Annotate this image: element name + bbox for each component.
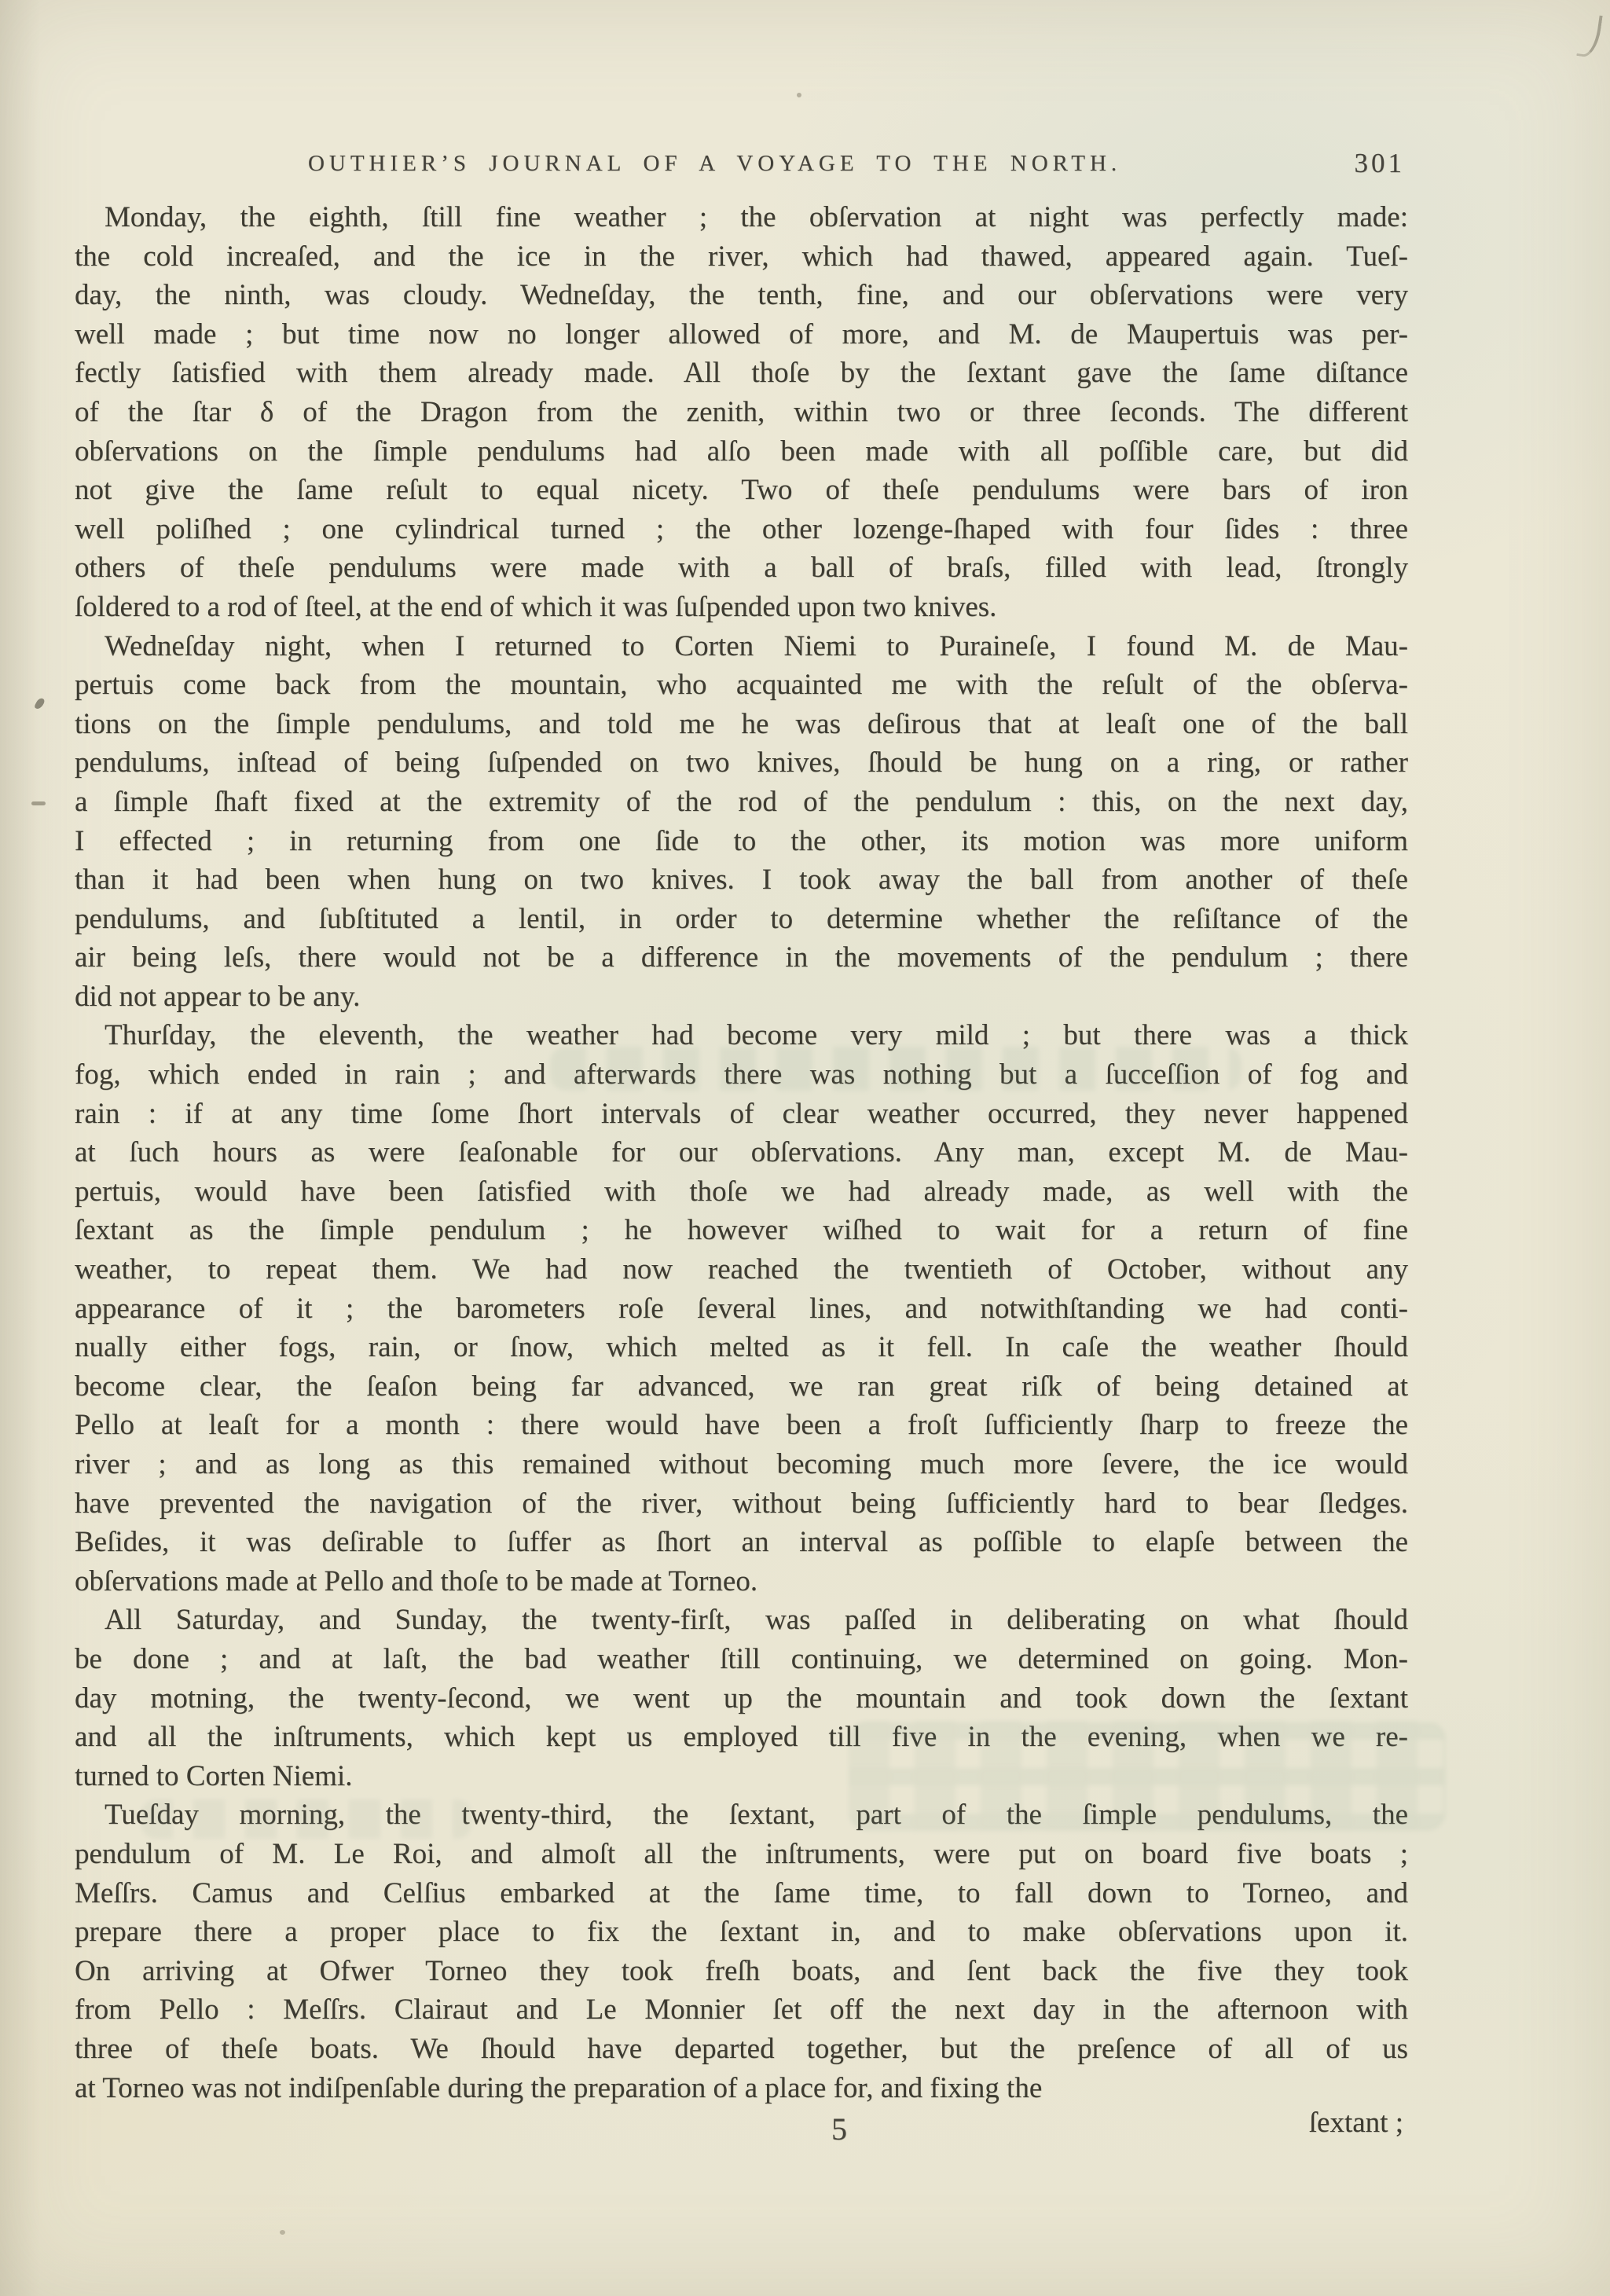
signature-mark: 5: [831, 2111, 847, 2147]
text-line: All Saturday, and Sunday, the twenty-fir…: [75, 1601, 1408, 1640]
text-line: from Pello : Meſſrs. Clairaut and Le Mon…: [75, 1990, 1408, 2030]
text-line: well made ; but time now no longer allow…: [75, 315, 1408, 354]
text-line: of the ſtar δ of the Dragon from the zen…: [75, 393, 1408, 432]
text-line: did not appear to be any.: [75, 977, 1408, 1017]
text-line: fectly ſatisfied with them already made.…: [75, 354, 1408, 393]
body-text: Monday, the eighth, ſtill fine weather ;…: [75, 198, 1408, 2107]
text-line: Meſſrs. Camus and Celſius embarked at th…: [75, 1874, 1408, 1913]
text-line: pendulum of M. Le Roi, and almoſt all th…: [75, 1835, 1408, 1874]
text-line: obſervations made at Pello and thoſe to …: [75, 1562, 1408, 1601]
text-line: become clear, the ſeaſon being far advan…: [75, 1367, 1408, 1407]
catchword: ſextant ;: [1309, 2106, 1403, 2140]
text-line: day motning, the twenty-ſecond, we went …: [75, 1679, 1408, 1718]
book-page: OUTHIER’S JOURNAL OF A VOYAGE TO THE NOR…: [0, 0, 1610, 2296]
text-line: On arriving at Ofwer Torneo they took fr…: [75, 1952, 1408, 1991]
text-line: Pello at leaſt for a month : there would…: [75, 1406, 1408, 1445]
text-line: others of theſe pendulums were made with…: [75, 548, 1408, 588]
text-line: Tueſday morning, the twenty-third, the ſ…: [75, 1795, 1408, 1835]
text-line: and all the inſtruments, which kept us e…: [75, 1718, 1408, 1757]
text-line: pertuis come back from the mountain, who…: [75, 666, 1408, 705]
text-line: day, the ninth, was cloudy. Wedneſday, t…: [75, 276, 1408, 315]
text-line: at Torneo was not indiſpenſable during t…: [75, 2069, 1408, 2108]
ink-speck: [34, 697, 46, 710]
text-line: fog, which ended in rain ; and afterward…: [75, 1055, 1408, 1095]
corner-pen-mark: [1576, 13, 1602, 58]
text-line: turned to Corten Niemi.: [75, 1757, 1408, 1796]
text-line: Thurſday, the eleventh, the weather had …: [75, 1016, 1408, 1055]
text-line: be done ; and at laſt, the bad weather ſ…: [75, 1640, 1408, 1679]
running-title: OUTHIER’S JOURNAL OF A VOYAGE TO THE NOR…: [308, 151, 1121, 177]
text-line: rain : if at any time ſome ſhort interva…: [75, 1095, 1408, 1134]
text-line: have prevented the navigation of the riv…: [75, 1484, 1408, 1524]
text-line: Wedneſday night, when I returned to Cort…: [75, 627, 1408, 666]
paragraph: Thurſday, the eleventh, the weather had …: [75, 1016, 1408, 1601]
text-line: river ; and as long as this remained wit…: [75, 1445, 1408, 1484]
page-header: OUTHIER’S JOURNAL OF A VOYAGE TO THE NOR…: [75, 151, 1408, 187]
page-footer: 5 ſextant ;: [75, 2104, 1408, 2159]
text-line: tions on the ſimple pendulums, and told …: [75, 705, 1408, 744]
text-line: ſextant as the ſimple pendulum ; he howe…: [75, 1211, 1408, 1250]
text-line: a ſimple ſhaft fixed at the extremity of…: [75, 783, 1408, 822]
text-line: prepare there a proper place to fix the …: [75, 1913, 1408, 1952]
text-line: than it had been when hung on two knives…: [75, 860, 1408, 900]
text-line: nually either fogs, rain, or ſnow, which…: [75, 1328, 1408, 1367]
text-line: obſervations on the ſimple pendulums had…: [75, 432, 1408, 471]
paragraph: Tueſday morning, the twenty-third, the ſ…: [75, 1795, 1408, 2107]
paragraph: Monday, the eighth, ſtill fine weather ;…: [75, 198, 1408, 627]
text-line: appearance of it ; the barometers roſe ſ…: [75, 1289, 1408, 1329]
text-line: at ſuch hours as were ſeaſonable for our…: [75, 1133, 1408, 1172]
text-line: pertuis, would have been ſatisfied with …: [75, 1172, 1408, 1212]
text-line: I effected ; in returning from one ſide …: [75, 822, 1408, 861]
text-line: well poliſhed ; one cylindrical turned ;…: [75, 510, 1408, 549]
paragraph: All Saturday, and Sunday, the twenty-fir…: [75, 1601, 1408, 1795]
text-line: air being leſs, there would not be a dif…: [75, 938, 1408, 977]
text-line: not give the ſame reſult to equal nicety…: [75, 471, 1408, 510]
text-line: weather, to repeat them. We had now reac…: [75, 1250, 1408, 1289]
paragraph: Wedneſday night, when I returned to Cort…: [75, 627, 1408, 1017]
text-line: pendulums, and ſubſtituted a lentil, in …: [75, 900, 1408, 939]
text-line: pendulums, inſtead of being ſuſpended on…: [75, 743, 1408, 783]
ink-speck: [280, 2230, 285, 2235]
text-line: Monday, the eighth, ſtill fine weather ;…: [75, 198, 1408, 237]
ink-speck: [31, 801, 46, 805]
text-line: three of theſe boats. We ſhould have dep…: [75, 2030, 1408, 2069]
text-line: Beſides, it was deſirable to ſuffer as ſ…: [75, 1523, 1408, 1562]
ink-speck: [797, 93, 801, 97]
text-line: the cold increaſed, and the ice in the r…: [75, 237, 1408, 277]
text-line: ſoldered to a rod of ſteel, at the end o…: [75, 588, 1408, 627]
page-number: 301: [1355, 148, 1406, 179]
